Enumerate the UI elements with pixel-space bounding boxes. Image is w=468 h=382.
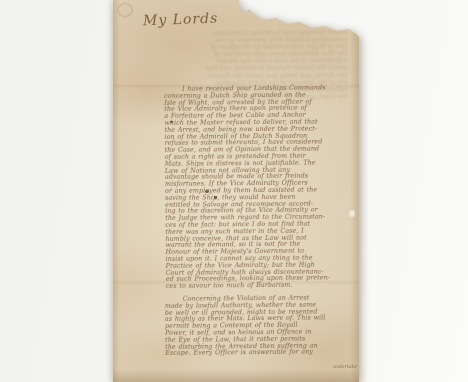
manuscript-line: Escape. Every Officer is answerable for … [165, 350, 359, 358]
photograph-backdrop: My Lords I have received your Lordships … [0, 0, 468, 382]
body-paragraph-1: I have received your Lordships Commandsc… [164, 85, 360, 291]
salutation: My Lords [143, 11, 219, 30]
ink-blot [214, 196, 217, 199]
ink-blot [205, 190, 209, 193]
paper-flaw-spot [349, 210, 355, 217]
body-paragraph-2: Concerning the Violation of an Arrestmad… [165, 295, 360, 358]
ink-blot [170, 121, 173, 123]
catchword: undertake [321, 365, 357, 370]
paper-sheet: My Lords I have received your Lordships … [113, 0, 359, 382]
embossed-stamp [117, 3, 133, 17]
manuscript-letter: My Lords I have received your Lordships … [113, 0, 359, 382]
manuscript-line: ces to savour too much of Barbarism. [166, 282, 360, 290]
